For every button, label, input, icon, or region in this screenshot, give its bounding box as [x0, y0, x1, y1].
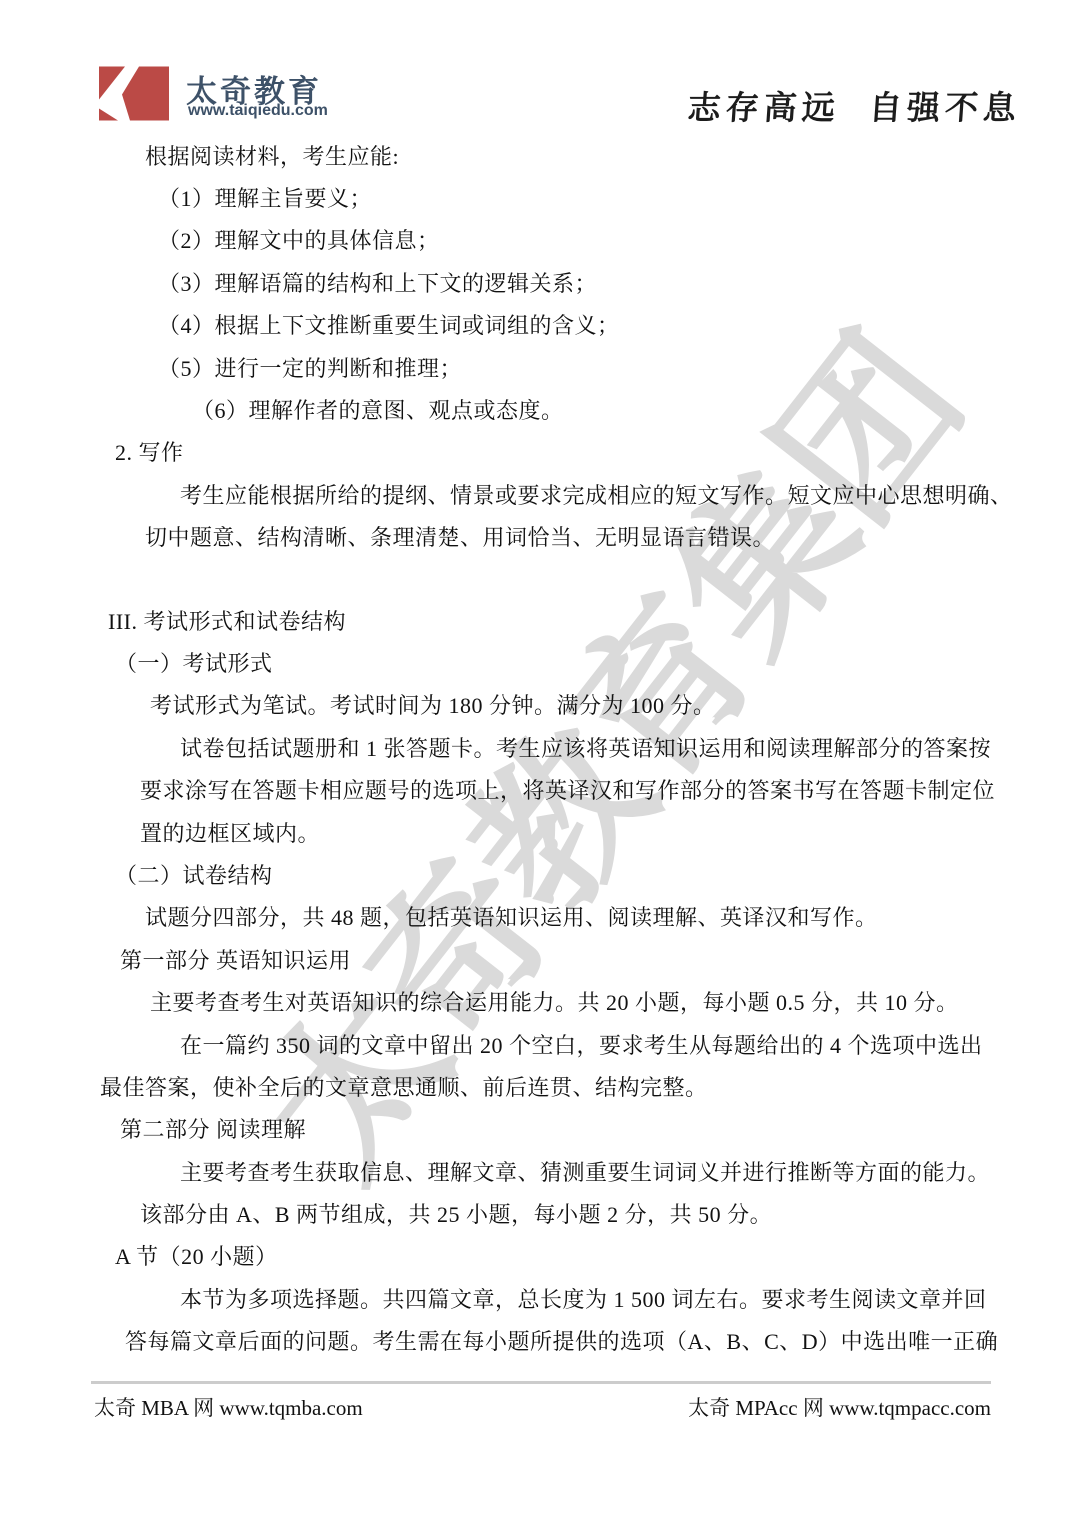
body-line: （5）进行一定的判断和推理；	[0, 346, 1083, 388]
body-line: 答每篇文章后面的问题。考生需在每小题所提供的选项（A、B、C、D）中选出唯一正确	[0, 1320, 1083, 1362]
body-line: 在一篇约 350 词的文章中留出 20 个空白，要求考生从每题给出的 4 个选项…	[0, 1023, 1083, 1065]
body-line: （4）根据上下文推断重要生词或词组的含义；	[0, 304, 1083, 346]
brand-url: www.taiqiedu.com	[188, 102, 328, 120]
body-line: （二）试卷结构	[0, 853, 1083, 895]
body-line: （2）理解文中的具体信息；	[0, 219, 1083, 261]
body-line: 该部分由 A、B 两节组成，共 25 小题，每小题 2 分，共 50 分。	[0, 1192, 1083, 1234]
body-line: 第一部分 英语知识运用	[0, 938, 1083, 980]
body-line: 切中题意、结构清晰、条理清楚、用词恰当、无明显语言错误。	[0, 516, 1083, 558]
footer-mba-site: 太奇 MBA 网 www.tqmba.com	[94, 1392, 363, 1422]
body-line: 试卷包括试题册和 1 张答题卡。考生应该将英语知识运用和阅读理解部分的答案按	[0, 726, 1083, 768]
body-line: （3）理解语篇的结构和上下文的逻辑关系；	[0, 261, 1083, 303]
body-line: 2. 写作	[0, 431, 1083, 473]
body-line: 主要考查考生对英语知识的综合运用能力。共 20 小题，每小题 0.5 分，共 1…	[0, 980, 1083, 1022]
document-body: 根据阅读材料，考生应能:（1）理解主旨要义；（2）理解文中的具体信息；（3）理解…	[0, 134, 1083, 1362]
body-line: A 节（20 小题）	[0, 1235, 1083, 1277]
calligraphy-slogan: 志存高远 自强不息	[686, 82, 1023, 129]
body-line: 最佳答案，使补全后的文章意思通顺、前后连贯、结构完整。	[0, 1065, 1083, 1107]
body-line: 试题分四部分，共 48 题，包括英语知识运用、阅读理解、英译汉和写作。	[0, 896, 1083, 938]
body-line: 本节为多项选择题。共四篇文章，总长度为 1 500 词左右。要求考生阅读文章并回	[0, 1277, 1083, 1319]
footer-mpacc-site: 太奇 MPAcc 网 www.tqmpacc.com	[688, 1392, 991, 1422]
body-line: （一）考试形式	[0, 641, 1083, 683]
body-line: 第二部分 阅读理解	[0, 1108, 1083, 1150]
body-line: 考生应能根据所给的提纲、情景或要求完成相应的短文写作。短文应中心思想明确、	[0, 473, 1083, 515]
body-line: 主要考查考生获取信息、理解文章、猜测重要生词词义并进行推断等方面的能力。	[0, 1150, 1083, 1192]
body-line: （6）理解作者的意图、观点或态度。	[0, 388, 1083, 430]
footer-divider	[91, 1381, 991, 1384]
body-line: 置的边框区域内。	[0, 811, 1083, 853]
body-line: 根据阅读材料，考生应能:	[0, 134, 1083, 176]
page-header: 太奇教育 www.taiqiedu.com 志存高远 自强不息	[0, 0, 1083, 140]
body-line: （1）理解主旨要义；	[0, 176, 1083, 218]
taiqi-logo-icon	[99, 66, 169, 121]
body-line: 要求涂写在答题卡相应题号的选项上，将英译汉和写作部分的答案书写在答题卡制定位	[0, 768, 1083, 810]
body-line: 考试形式为笔试。考试时间为 180 分钟。满分为 100 分。	[0, 684, 1083, 726]
body-line: III. 考试形式和试卷结构	[0, 599, 1083, 641]
document-page: 太奇教育集团 太奇教育 www.taiqiedu.com 志存高远 自强不息 根…	[0, 0, 1083, 1518]
